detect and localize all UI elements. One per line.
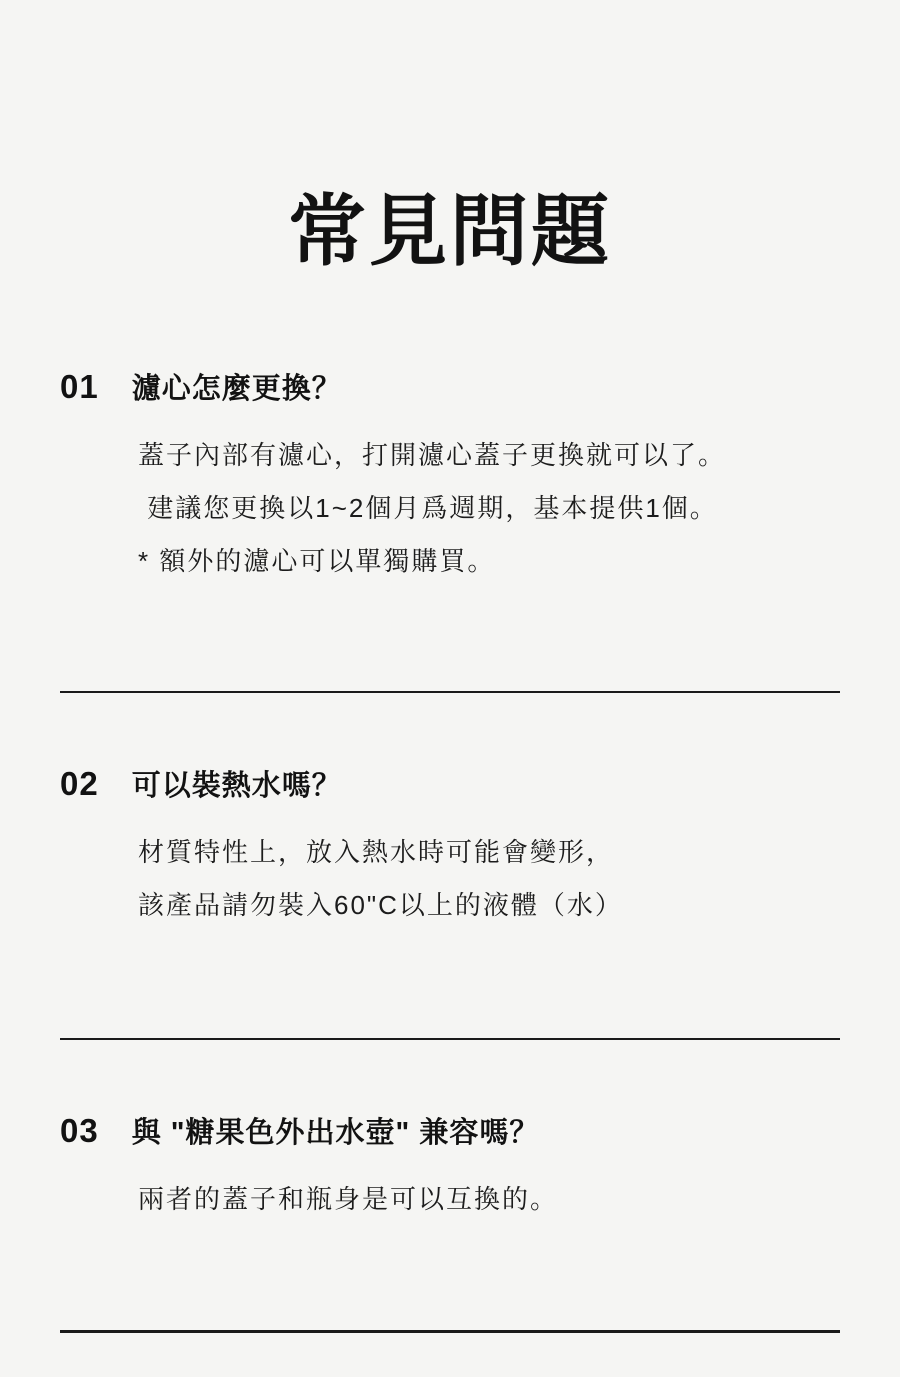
faq-section-3: 03 與 "糖果色外出水壺" 兼容嗎？ 兩者的蓋子和瓶身是可以互換的。 — [60, 1110, 840, 1226]
answer-line: 建議您更換以1~2個月爲週期，基本提供1個。 — [138, 482, 840, 535]
answer-block: 兩者的蓋子和瓶身是可以互換的。 — [138, 1173, 840, 1226]
answer-block: 蓋子內部有濾心，打開濾心蓋子更換就可以了。 建議您更換以1~2個月爲週期，基本提… — [138, 429, 840, 588]
bottom-rule — [60, 1330, 840, 1333]
answer-line: 蓋子內部有濾心，打開濾心蓋子更換就可以了。 — [138, 429, 840, 482]
question-number: 03 — [60, 1112, 99, 1150]
question-text: 濾心怎麼更換？ — [132, 366, 342, 407]
answer-line: 材質特性上，放入熱水時可能會變形， — [138, 826, 840, 879]
question-text: 與 "糖果色外出水壺" 兼容嗎？ — [132, 1110, 540, 1151]
section-divider — [60, 691, 840, 693]
faq-section-2: 02 可以裝熱水嗎？ 材質特性上，放入熱水時可能會變形， 該產品請勿裝入60"C… — [60, 763, 840, 932]
question-text: 可以裝熱水嗎？ — [132, 763, 342, 804]
answer-line: 兩者的蓋子和瓶身是可以互換的。 — [138, 1173, 840, 1226]
question-number: 01 — [60, 368, 99, 406]
question-row: 02 可以裝熱水嗎？ — [60, 763, 840, 804]
page-title: 常見問題 — [0, 192, 900, 270]
section-divider — [60, 1038, 840, 1040]
answer-block: 材質特性上，放入熱水時可能會變形， 該產品請勿裝入60"C以上的液體（水） — [138, 826, 840, 932]
question-number: 02 — [60, 765, 99, 803]
answer-line: * 額外的濾心可以單獨購買。 — [138, 535, 840, 588]
question-row: 03 與 "糖果色外出水壺" 兼容嗎？ — [60, 1110, 840, 1151]
faq-section-1: 01 濾心怎麼更換？ 蓋子內部有濾心，打開濾心蓋子更換就可以了。 建議您更換以1… — [60, 366, 840, 588]
question-row: 01 濾心怎麼更換？ — [60, 366, 840, 407]
faq-page: 常見問題 01 濾心怎麼更換？ 蓋子內部有濾心，打開濾心蓋子更換就可以了。 建議… — [0, 0, 900, 1377]
answer-line: 該產品請勿裝入60"C以上的液體（水） — [138, 879, 840, 932]
